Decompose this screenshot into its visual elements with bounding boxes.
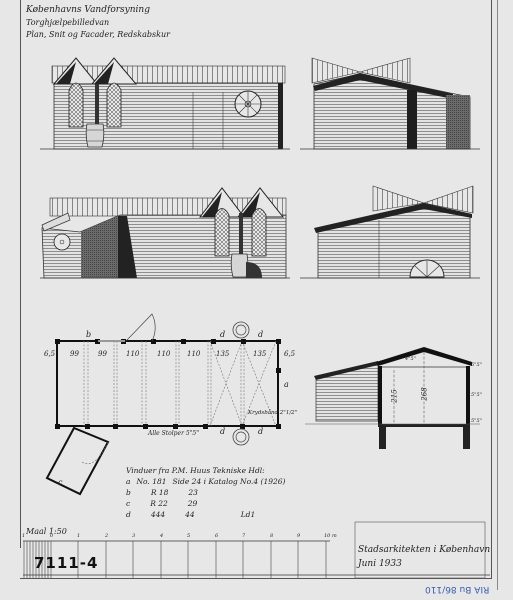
front-elevation-2 xyxy=(40,188,290,278)
signature-date: Juni 1933 xyxy=(358,557,490,571)
scale-tick: 6 xyxy=(215,533,218,539)
plan-dim-1: 99 xyxy=(70,350,79,358)
section-dim-left-height: 215 xyxy=(391,389,399,402)
plan-marker-b: b xyxy=(86,330,91,339)
section-dim-right-top: 5"5" xyxy=(471,362,482,368)
scale-tick: 10 m xyxy=(324,533,337,539)
scale-tick: 9 xyxy=(297,533,300,539)
plan-marker-d-bottom-2: d xyxy=(258,427,263,436)
window-schedule-row-a: a No. 181 Side 24 i Katalog No.4 (1926) xyxy=(126,476,285,487)
plan-dim-8: 6,5 xyxy=(284,350,295,358)
plan-marker-c: c xyxy=(58,478,62,487)
window-schedule-row-c: c R 22 29 xyxy=(126,498,285,509)
plan-marker-d-top-1: d xyxy=(220,330,225,339)
section-dim-top: 4"5" xyxy=(405,356,416,362)
plan-marker-a: a xyxy=(284,380,289,389)
plan-marker-d-bottom-1: d xyxy=(220,427,225,436)
window-schedule-row-d: d 444 44 Ld1 xyxy=(126,509,285,520)
plan-marker-d-top-2: d xyxy=(258,330,263,339)
scale-tick: 1 xyxy=(22,533,25,539)
section-dim-right-mid: 5"5" xyxy=(471,392,482,398)
window-schedule-row-b: b R 18 23 xyxy=(126,487,285,498)
front-elevation-1 xyxy=(40,58,290,149)
drawing-sheet: Københavns Vandforsyning Torghjælpebille… xyxy=(0,0,513,600)
plan-dim-3: 110 xyxy=(126,350,139,358)
plan-dim-7: 135 xyxy=(253,350,266,358)
scale-label: Maal 1:50 xyxy=(26,527,67,536)
plan-dim-0: 6,5 xyxy=(44,350,55,358)
section-dim-center-height: 268 xyxy=(421,387,429,400)
scale-tick: 5 xyxy=(187,533,190,539)
scale-tick: 4 xyxy=(160,533,163,539)
end-elevation-1 xyxy=(300,58,480,149)
plan-note-posts: Alle Stolper 5"5" xyxy=(148,430,199,437)
signature-line-1: Stadsarkitekten i København xyxy=(358,543,490,557)
plan-dim-4: 110 xyxy=(157,350,170,358)
plan-note-bracing: Krydsbånd 2"1/2" xyxy=(248,410,297,416)
plan-dim-5: 110 xyxy=(187,350,200,358)
scale-tick: 2 xyxy=(105,533,108,539)
scale-tick: 8 xyxy=(270,533,273,539)
signature-block: Stadsarkitekten i København Juni 1933 xyxy=(358,543,490,571)
plan-dim-6: 135 xyxy=(216,350,229,358)
scale-tick: 1 xyxy=(77,533,80,539)
window-schedule-heading: Vinduer fra P.M. Huus Tekniske Hdl: xyxy=(126,465,285,476)
scale-tick: 3 xyxy=(132,533,135,539)
section-dim-right-bottom: 5"5" xyxy=(471,418,482,424)
archive-stamp: RIA Bu 86/110 xyxy=(425,584,489,594)
plan-dim-2: 99 xyxy=(98,350,107,358)
scale-tick: 0 xyxy=(50,533,53,539)
end-elevation-2 xyxy=(300,186,480,278)
window-schedule: Vinduer fra P.M. Huus Tekniske Hdl: a No… xyxy=(126,465,285,520)
sheet-number: 7111-4 xyxy=(34,554,98,572)
scale-tick: 7 xyxy=(242,533,245,539)
